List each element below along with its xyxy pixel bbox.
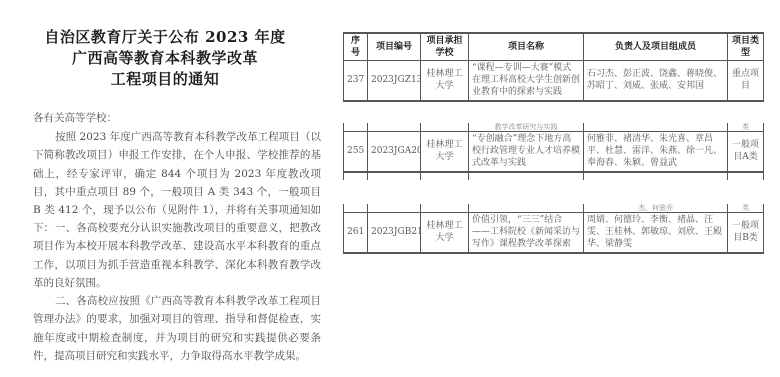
cell-code: 2023JGZ134 [368,61,421,101]
salutation: 各有关高等学校： [33,110,117,125]
table-row-fragment: 杰、何骏乔 类 [344,204,764,213]
table-row: 237 2023JGZ134 桂林理工大学 “课程—专训—大赛”模式在理工科高校… [344,61,764,101]
header-name: 项目名称 [469,33,584,61]
cell-no: 237 [344,61,368,101]
cell-type-fragment: 类 [728,204,764,213]
paragraph-two: 二、各高校应按照《广西高等教育本科教学改革工程项目管理办法》的要求，加强对项目的… [33,292,321,365]
cell-type: 重点项目 [728,61,764,101]
header-code: 项目编号 [368,33,421,61]
table-row: 261 2023JGB214 桂林理工大学 价值引领，“三三”结合——工科院校《… [344,213,764,253]
title-line-2: 广西高等教育本科教学改革 [0,48,330,68]
title-line-3: 工程项目的通知 [0,69,330,89]
cell-school: 桂林理工大学 [421,213,469,253]
cell-members: 石习杰、彭正波、饶鑫、蒋晓俊、苏昭丁、刘威、张威、安邦国 [584,61,728,101]
cell-no: 255 [344,132,368,172]
paragraph-one: 一、各高校要充分认识实施教改项目的重要意义，把教改项目作为本校开展本科教学改革、… [33,219,321,292]
cell-name: 价值引领，“三三”结合——工科院校《新闻采访与写作》课程教学改革探索 [469,213,584,253]
table-row: 255 2023JGA206 桂林理工大学 “专创融合”理念下地方高校行政管理专… [344,132,764,172]
header-members: 负责人及项目组成员 [584,33,728,61]
cell-name: “专创融合”理念下地方高校行政管理专业人才培养模式改革与实践 [469,132,584,172]
title-line-1: 自治区教育厅关于公布 2023 年度 [0,27,330,47]
header-school: 项目承担学校 [421,33,469,61]
cell-school: 桂林理工大学 [421,61,469,101]
cell-no: 261 [344,213,368,253]
notice-document: 自治区教育厅关于公布 2023 年度 广西高等教育本科教学改革 工程项目的通知 … [0,0,330,377]
cell-type: 一般项目B类 [728,213,764,253]
cell-code: 2023JGA206 [368,132,421,172]
cell-name: “课程—专训—大赛”模式在理工科高校大学生创新创业教育中的探索与实践 [469,61,584,101]
cell-members-fragment: 杰、何骏乔 [584,204,728,213]
project-table-fragment-2: 教学改革研究与实践 类 255 2023JGA206 桂林理工大学 “专创融合”… [343,123,764,180]
header-no: 序号 [344,33,368,61]
cell-school: 桂林理工大学 [421,132,469,172]
cell-members: 周婧、何德玲、李衡、褚晶、汪雯、王桂林、郭敏琼、刘欣、王殿华、梁静雯 [584,213,728,253]
table-row-fragment: 教学改革研究与实践 类 [344,123,764,132]
project-table-fragment-3: 杰、何骏乔 类 261 2023JGB214 桂林理工大学 价值引领，“三三”结… [343,204,764,254]
cell-name-fragment: 教学改革研究与实践 [469,123,584,132]
cell-members: 何雅菲、褚清华、朱光喜、章昌平、杜慧、雷洋、朱燕、徐一凡、奉海春、朱颖、曾益武 [584,132,728,172]
cell-code: 2023JGB214 [368,213,421,253]
project-table-fragment-1: 序号 项目编号 项目承担学校 项目名称 负责人及项目组成员 项目类型 237 2… [343,32,764,102]
cell-type-fragment: 类 [728,123,764,132]
header-type: 项目类型 [728,33,764,61]
cell-type: 一般项目A类 [728,132,764,172]
